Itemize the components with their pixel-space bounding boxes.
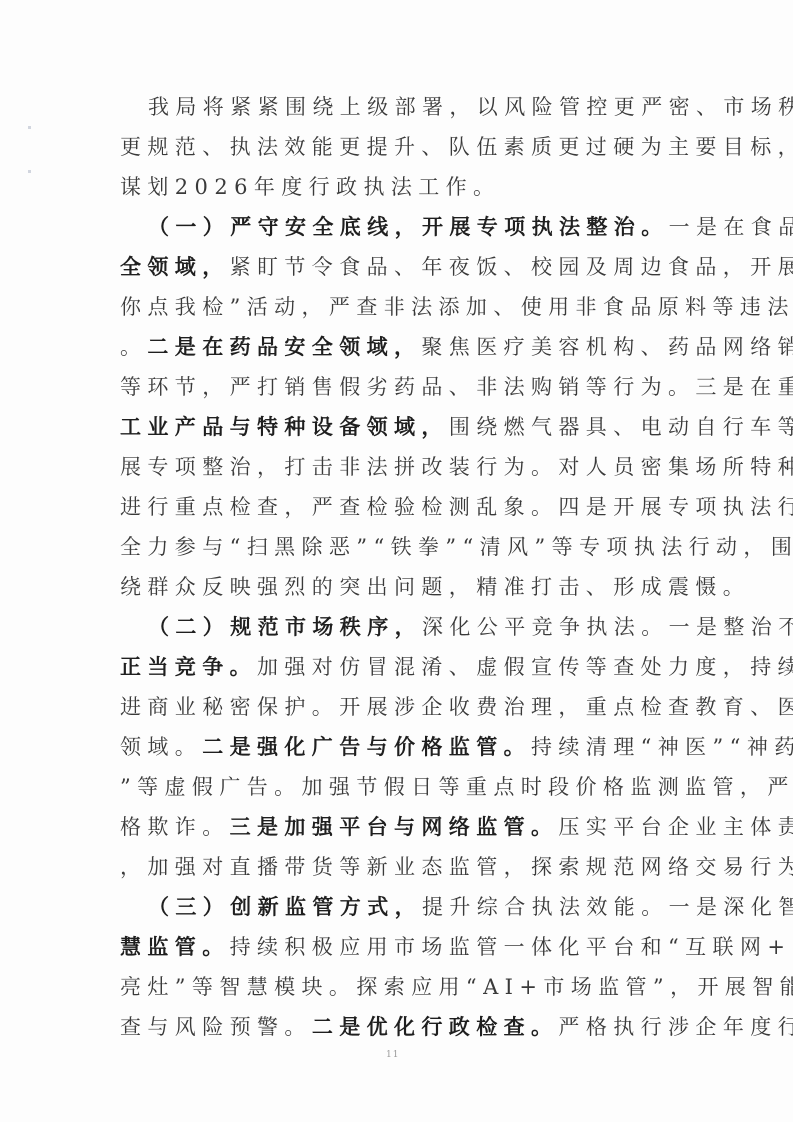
text-segment: 严格执行涉企年度行政 (558, 1015, 793, 1039)
text-line: 等环节，严打销售假劣药品、非法购销等行为。三是在重点 (120, 372, 700, 402)
text-segment: 一是在食品安 (669, 215, 793, 239)
text-line: 格欺诈。三是加强平台与网络监管。压实平台企业主体责任 (120, 812, 700, 842)
bold-text-segment: 正当竞争。 (120, 654, 257, 679)
text-line: 进商业秘密保护。开展涉企收费治理，重点检查教育、医疗等 (120, 692, 700, 722)
text-segment: 领域。 (120, 735, 202, 759)
text-segment: 展专项整治，打击非法拼改装行为。对人员密集场所特种设备 (120, 455, 793, 479)
text-line: ，加强对直播带货等新业态监管，探索规范网络交易行为。 (120, 852, 700, 882)
text-line: （一）严守安全底线，开展专项执法整治。一是在食品安 (148, 212, 728, 242)
text-segment: 你点我检”活动，严查非法添加、使用非食品原料等违法行为 (120, 295, 793, 319)
page-number: 11 (386, 1050, 399, 1060)
bold-text-segment: 慧监管。 (120, 934, 230, 959)
text-segment: 持续清理“神医”“神药 (531, 735, 793, 759)
text-segment: ”等虚假广告。加强节假日等重点时段价格监测监管，严查价 (120, 775, 793, 799)
text-line: 领域。二是强化广告与价格监管。持续清理“神医”“神药 (120, 732, 700, 762)
bold-text-segment: 三是加强平台与网络监管。 (230, 814, 559, 839)
text-segment: 亮灶”等智慧模块。探索应用“AI+市场监管”，开展智能巡 (120, 975, 793, 999)
text-segment: 全力参与“扫黑除恶”“铁拳”“清风”等专项执法行动，围 (120, 535, 793, 559)
text-segment: 。 (120, 335, 147, 359)
text-segment: 紧盯节令食品、年夜饭、校园及周边食品，开展“ (230, 255, 793, 279)
text-line: 工业产品与特种设备领域，围绕燃气器具、电动自行车等开 (120, 412, 700, 442)
text-line: 慧监管。持续积极应用市场监管一体化平台和“互联网+明厨 (120, 932, 700, 962)
text-line: （二）规范市场秩序，深化公平竞争执法。一是整治不 (148, 612, 728, 642)
bold-text-segment: 二是在药品安全领域， (147, 334, 421, 359)
text-line: 亮灶”等智慧模块。探索应用“AI+市场监管”，开展智能巡 (120, 972, 700, 1002)
text-segment: 进行重点检查，严查检验检测乱象。四是开展专项执法行动， (120, 495, 793, 519)
text-segment: 等环节，严打销售假劣药品、非法购销等行为。三是在重点 (120, 375, 793, 399)
text-line: 查与风险预警。二是优化行政检查。严格执行涉企年度行政 (120, 1012, 700, 1042)
text-segment: 持续积极应用市场监管一体化平台和“互联网+明厨 (230, 935, 793, 959)
bold-text-segment: 二是强化广告与价格监管。 (202, 734, 531, 759)
bold-text-segment: （二）规范市场秩序， (148, 614, 422, 639)
bold-text-segment: 全领域， (120, 254, 230, 279)
text-line: 。二是在药品安全领域，聚焦医疗美容机构、药品网络销售 (120, 332, 700, 362)
bold-text-segment: （三）创新监管方式， (148, 894, 422, 919)
text-segment: 查与风险预警。 (120, 1015, 312, 1039)
text-segment: ，加强对直播带货等新业态监管，探索规范网络交易行为。 (120, 855, 793, 879)
text-line: 你点我检”活动，严查非法添加、使用非食品原料等违法行为 (120, 292, 700, 322)
text-segment: 绕群众反映强烈的突出问题，精准打击、形成震慑。 (120, 575, 750, 599)
text-segment: 我局将紧紧围绕上级部署，以风险管控更严密、市场秩序 (148, 95, 793, 119)
text-line: 谋划2026年度行政执法工作。 (120, 172, 700, 202)
text-line: 全领域，紧盯节令食品、年夜饭、校园及周边食品，开展“ (120, 252, 700, 282)
text-line: 全力参与“扫黑除恶”“铁拳”“清风”等专项执法行动，围 (120, 532, 700, 562)
text-line: ”等虚假广告。加强节假日等重点时段价格监测监管，严查价 (120, 772, 700, 802)
text-line: （三）创新监管方式，提升综合执法效能。一是深化智 (148, 892, 728, 922)
text-segment: 深化公平竞争执法。一是整治不 (422, 615, 793, 639)
text-segment: 谋划2026年度行政执法工作。 (120, 175, 500, 199)
text-segment: 压实平台企业主体责任 (558, 815, 793, 839)
text-line: 进行重点检查，严查检验检测乱象。四是开展专项执法行动， (120, 492, 700, 522)
text-line: 正当竞争。加强对仿冒混淆、虚假宣传等查处力度，持续推 (120, 652, 700, 682)
scan-mark (28, 170, 31, 173)
text-segment: 格欺诈。 (120, 815, 230, 839)
text-line: 我局将紧紧围绕上级部署，以风险管控更严密、市场秩序 (148, 92, 728, 122)
text-segment: 进商业秘密保护。开展涉企收费治理，重点检查教育、医疗等 (120, 695, 793, 719)
text-segment: 加强对仿冒混淆、虚假宣传等查处力度，持续推 (257, 655, 793, 679)
text-segment: 提升综合执法效能。一是深化智 (422, 895, 793, 919)
text-segment: 更规范、执法效能更提升、队伍素质更过硬为主要目标，系统 (120, 135, 793, 159)
text-segment: 围绕燃气器具、电动自行车等开 (449, 415, 793, 439)
bold-text-segment: 二是优化行政检查。 (312, 1014, 559, 1039)
scan-mark (28, 126, 31, 129)
text-line: 绕群众反映强烈的突出问题，精准打击、形成震慑。 (120, 572, 700, 602)
bold-text-segment: （一）严守安全底线，开展专项执法整治。 (148, 214, 669, 239)
bold-text-segment: 工业产品与特种设备领域， (120, 414, 449, 439)
text-line: 更规范、执法效能更提升、队伍素质更过硬为主要目标，系统 (120, 132, 700, 162)
text-line: 展专项整治，打击非法拼改装行为。对人员密集场所特种设备 (120, 452, 700, 482)
document-page: 我局将紧紧围绕上级部署，以风险管控更严密、市场秩序更规范、执法效能更提升、队伍素… (0, 0, 793, 1122)
text-segment: 聚焦医疗美容机构、药品网络销售 (421, 335, 793, 359)
